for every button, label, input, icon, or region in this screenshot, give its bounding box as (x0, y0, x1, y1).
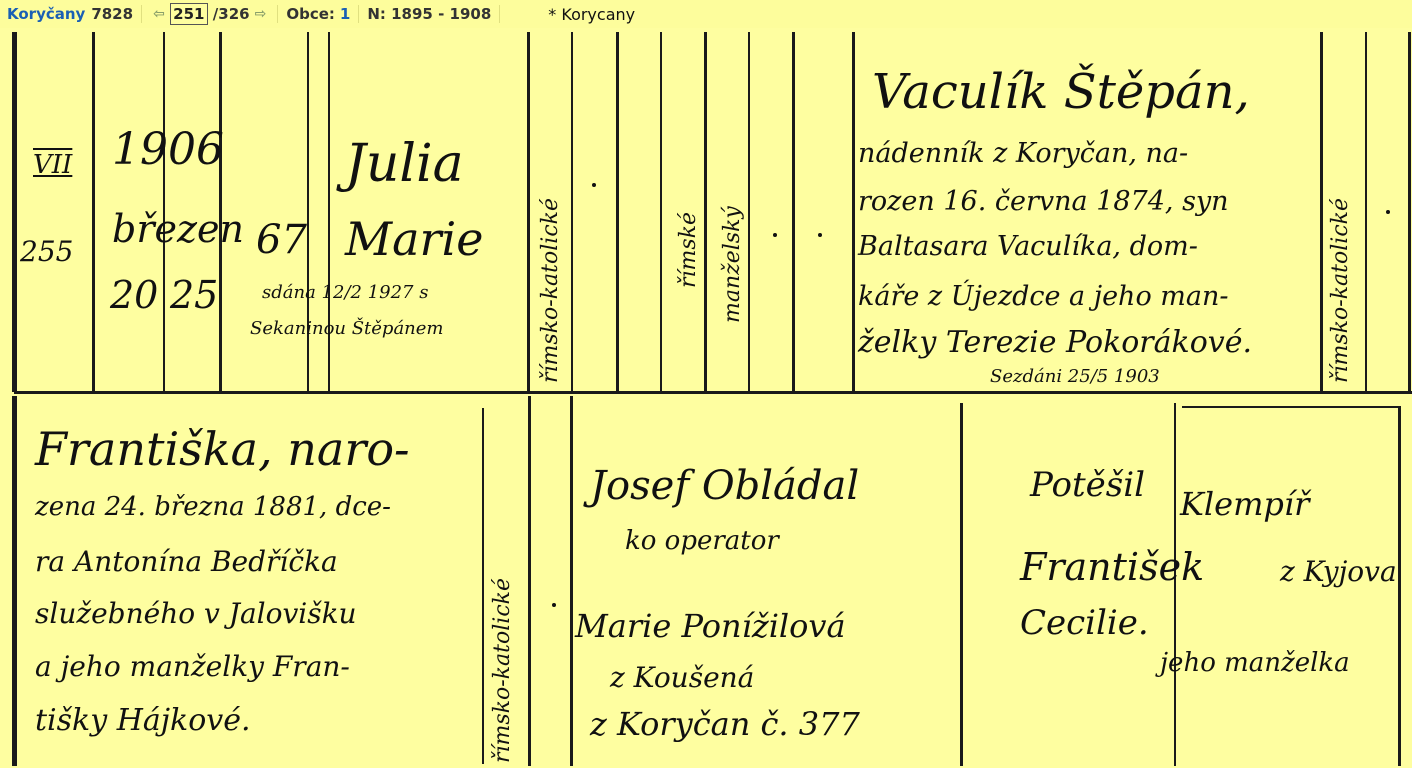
obce-label: Obce: (286, 5, 335, 23)
father-line-2: nádenník z Koryčan, na- (858, 140, 1188, 167)
baptism-day: 25 (170, 276, 218, 314)
midwife-line-2: František (1020, 548, 1204, 586)
place-link[interactable]: Koryčany (7, 5, 85, 23)
mother-line-6: tišky Hájkové. (35, 706, 251, 736)
divider (499, 5, 500, 23)
occupation-line-2: z Kyjova (1280, 558, 1397, 586)
father-line-4: Baltasara Vaculíka, dom- (858, 233, 1198, 260)
divider (277, 5, 278, 23)
house-no-67: 67 (256, 220, 307, 260)
marriage-note-1: sdána 12/2 1927 s (262, 284, 428, 302)
mother-line-5: a jeho manželky Fran- (35, 653, 350, 681)
page-total: /326 (213, 5, 250, 23)
viewer-toolbar: Koryčany 7828 ⇦ /326 ⇨ Obce: 1 N: 1895 -… (0, 0, 1412, 28)
occupation-line-1: Klempíř (1180, 488, 1309, 520)
godparent-line-3: Marie Ponížilová (575, 610, 846, 642)
father-note: Sezdáni 25/5 1903 (990, 368, 1160, 386)
divider (358, 5, 359, 23)
child-name-2: Marie (345, 216, 483, 262)
father-line-5: káře z Újezdce a jeho man- (858, 283, 1229, 310)
birth-year: 1906 (112, 128, 224, 172)
date-range: N: 1895 - 1908 (367, 5, 491, 23)
child-name-1: Julia (345, 138, 464, 190)
godparent-line-5: z Koryčan č. 377 (590, 708, 860, 740)
father-line-6: želky Terezie Pokorákové. (858, 328, 1252, 358)
legitimacy-1: římské (678, 212, 700, 288)
religion-father: římsko-katolické (1330, 198, 1352, 383)
marriage-note-2: Sekaninou Štěpánem (250, 320, 444, 338)
religion-child: římsko-katolické (540, 198, 562, 383)
midwife-line-3: Cecilie. (1020, 606, 1149, 640)
religion-mother: římsko-katolické (492, 578, 514, 763)
birth-month: březen (112, 210, 244, 248)
occupation-line-3: jeho manželka (1160, 650, 1350, 676)
place-id: 7828 (91, 5, 133, 23)
birth-day: 20 (110, 276, 158, 314)
mother-line-1: Františka, naro- (35, 426, 410, 472)
godparent-line-2: ko operator (625, 528, 779, 554)
obce-value-link[interactable]: 1 (340, 5, 350, 23)
month-roman: VII (33, 152, 72, 178)
page-title: * Korycany (548, 5, 635, 24)
page-number-input[interactable] (170, 3, 208, 25)
father-line-3: rozen 16. června 1874, syn (858, 188, 1229, 215)
divider (141, 5, 142, 23)
mother-line-4: služebného v Jalovišku (35, 600, 357, 628)
mother-line-2: zena 24. března 1881, dce- (35, 494, 391, 520)
house-number: 255 (20, 238, 73, 266)
arrow-right-icon[interactable]: ⇨ (252, 6, 270, 22)
midwife-line-1: Potěšil (1030, 468, 1145, 502)
godparent-line-4: z Koušená (610, 664, 754, 692)
register-scan-image[interactable]: VII 255 1906 březen 20 25 67 Julia Marie… (0, 28, 1412, 768)
legitimacy-2: manželský (722, 206, 744, 323)
arrow-left-icon[interactable]: ⇦ (150, 6, 168, 22)
godparent-line-1: Josef Obládal (590, 466, 859, 506)
mother-line-3: ra Antonína Bedříčka (35, 548, 338, 576)
father-line-1: Vaculík Štěpán, (872, 68, 1250, 116)
